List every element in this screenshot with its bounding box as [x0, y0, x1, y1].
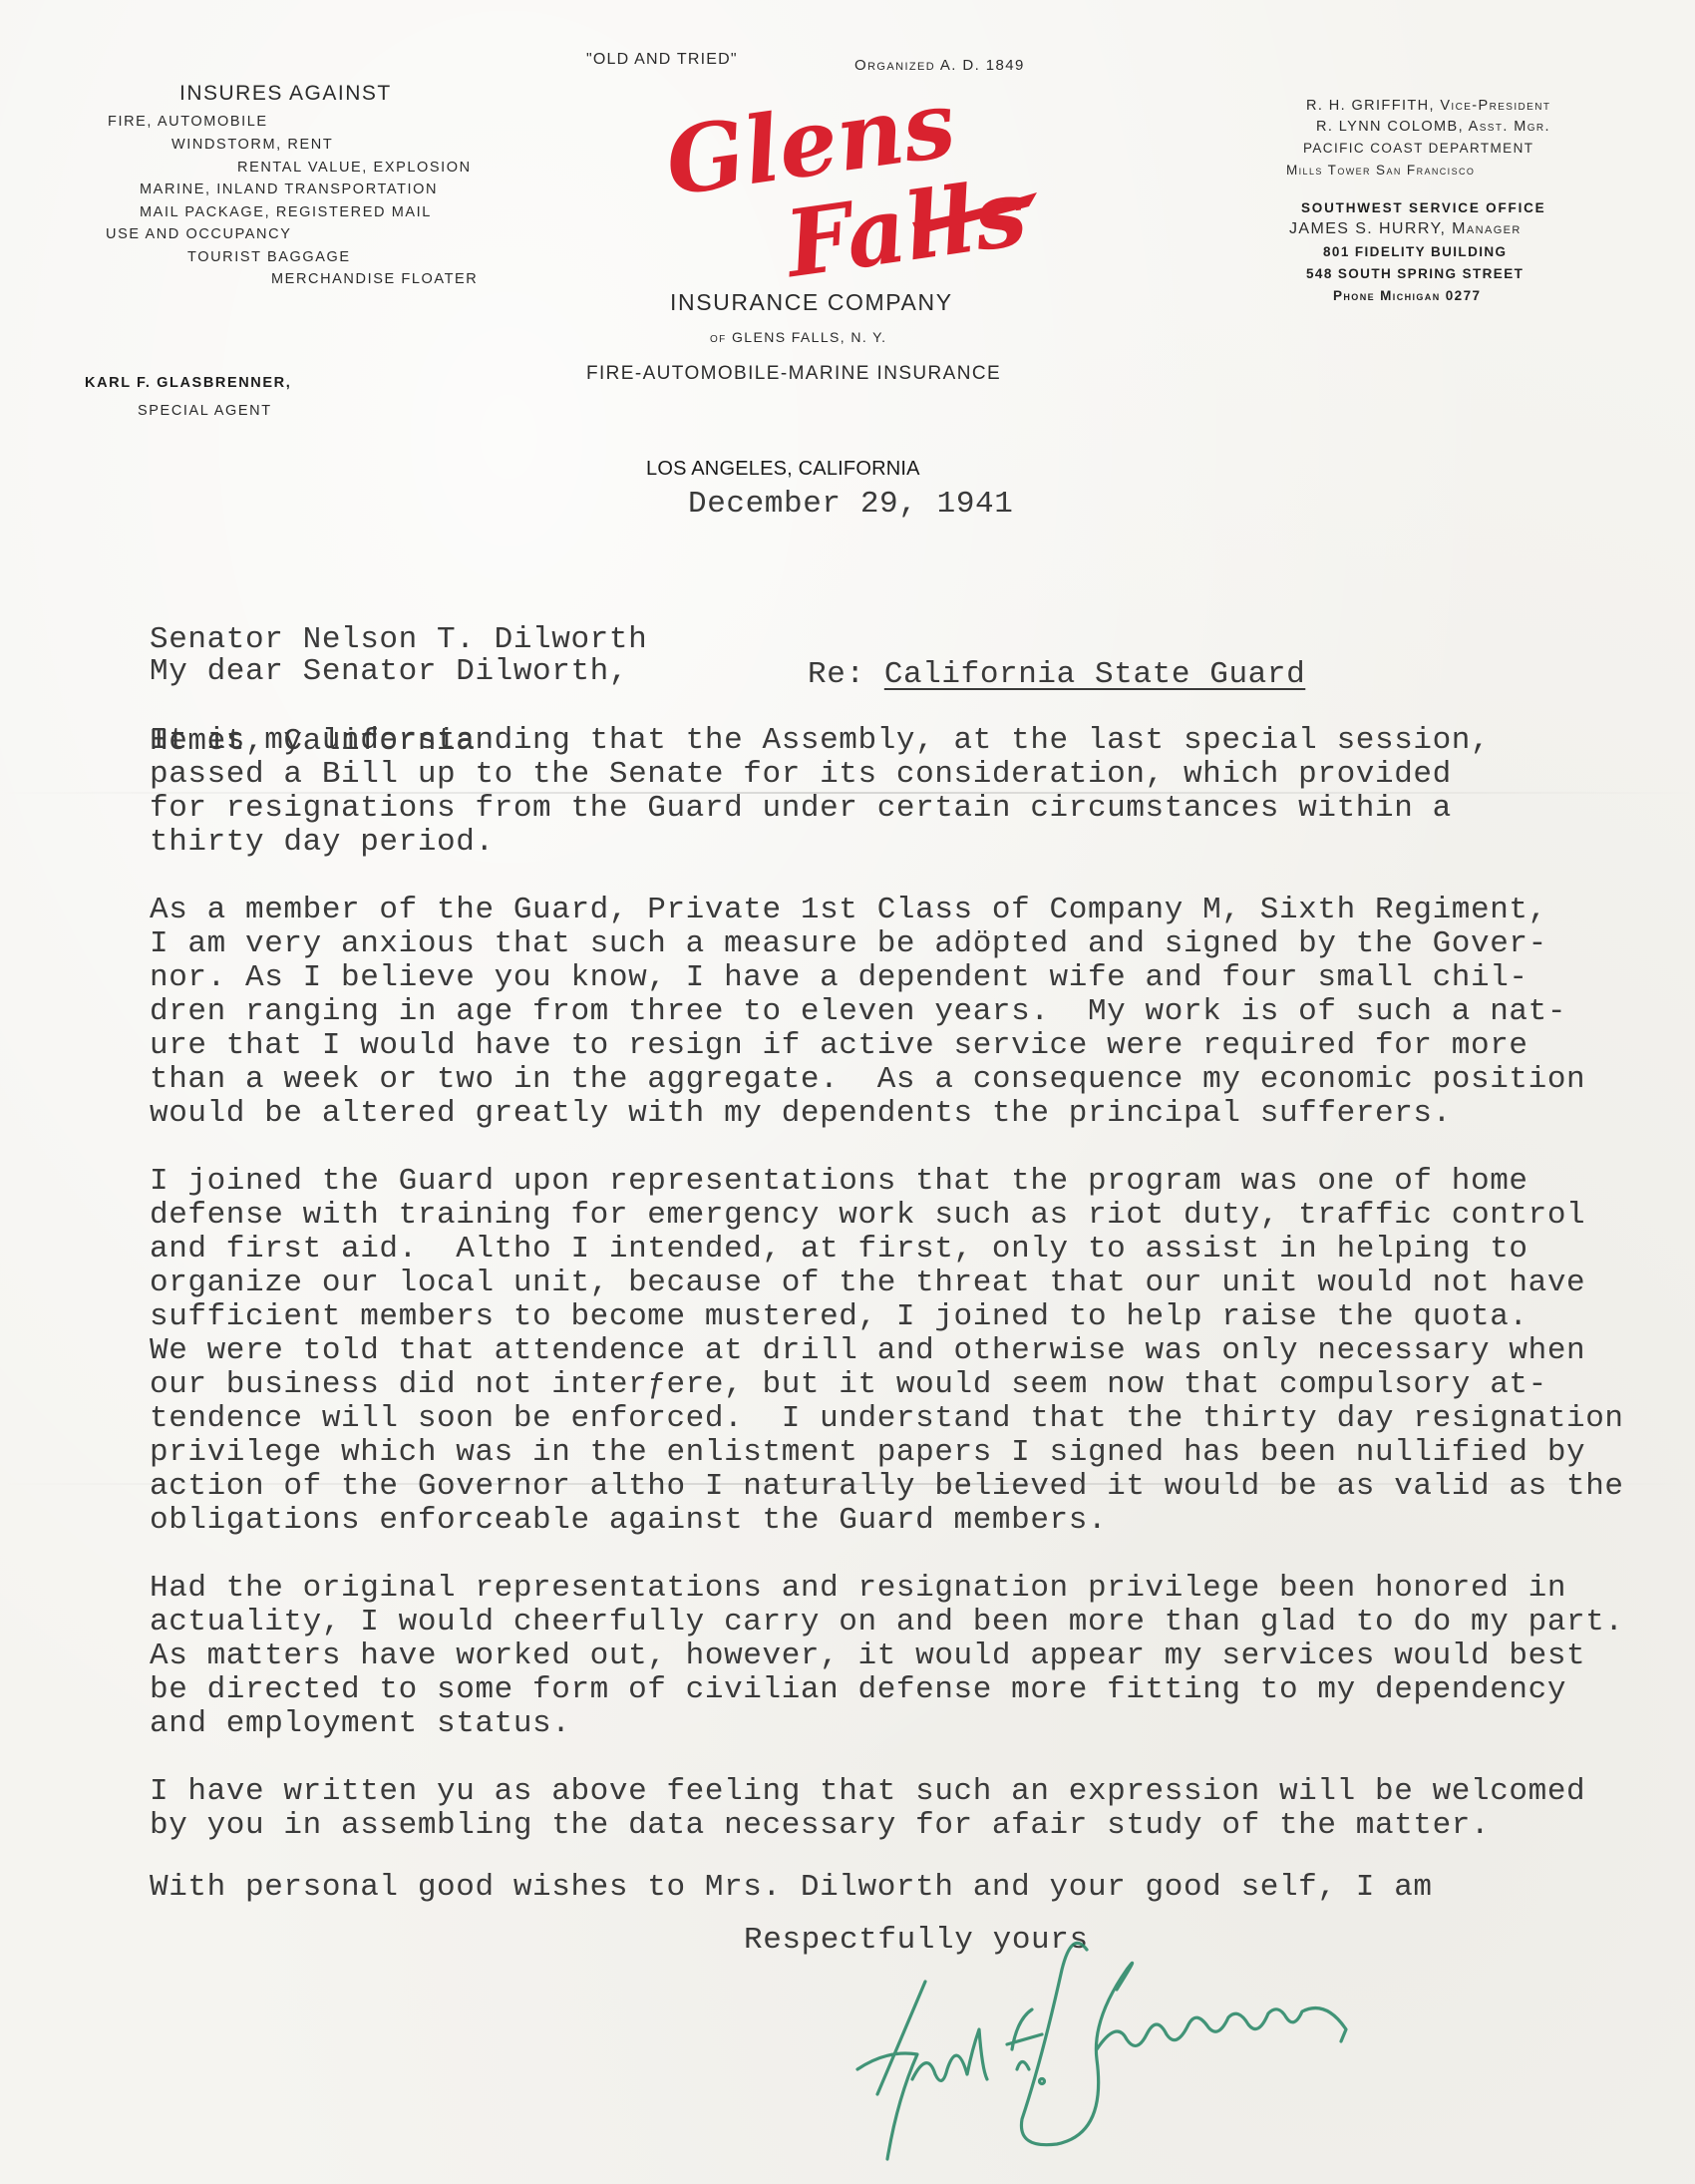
letterhead-city: LOS ANGELES, CALIFORNIA	[646, 458, 920, 481]
southwest-office-manager: JAMES S. HURRY, Manager	[1289, 220, 1522, 238]
company-location: of GLENS FALLS, N. Y.	[710, 329, 886, 345]
agent-title: SPECIAL AGENT	[138, 403, 272, 419]
subject-label: Re:	[808, 657, 884, 692]
subject-line: Re: California State Guard	[808, 658, 1305, 692]
coverage-item: MARINE, INLAND TRANSPORTATION	[140, 182, 438, 197]
agent-name: KARL F. GLASBRENNER,	[85, 375, 291, 391]
southwest-office-address1: 801 FIDELITY BUILDING	[1323, 244, 1507, 259]
coverage-item: TOURIST BAGGAGE	[187, 249, 351, 265]
department-address: Mills Tower San Francisco	[1286, 163, 1475, 178]
body-paragraph: As a member of the Guard, Private 1st Cl…	[150, 894, 1695, 1131]
coverage-item: FIRE, AUTOMOBILE	[108, 114, 268, 130]
insures-against-title: INSURES AGAINST	[179, 82, 392, 106]
salutation: My dear Senator Dilworth,	[150, 655, 628, 689]
body-paragraph: It is my understanding that the Assembly…	[150, 724, 1695, 860]
coverage-item: MERCHANDISE FLOATER	[271, 271, 478, 287]
letter-body: It is my understanding that the Assembly…	[150, 724, 1695, 1939]
recipient-name: Senator Nelson T. Dilworth	[150, 623, 647, 657]
southwest-office-address2: 548 SOUTH SPRING STREET	[1306, 266, 1524, 281]
coverage-item: MAIL PACKAGE, REGISTERED MAIL	[140, 204, 432, 220]
company-motto: "OLD AND TRIED"	[586, 51, 738, 69]
body-paragraph: With personal good wishes to Mrs. Dilwor…	[150, 1871, 1695, 1905]
coverage-item: WINDSTORM, RENT	[171, 137, 333, 153]
body-paragraph: I have written yu as above feeling that …	[150, 1775, 1695, 1843]
coverage-item: RENTAL VALUE, EXPLOSION	[237, 160, 472, 176]
officer-line: R. H. GRIFFITH, Vice-President	[1306, 98, 1550, 114]
company-name: INSURANCE COMPANY	[670, 289, 953, 316]
body-paragraph: Had the original representations and res…	[150, 1572, 1695, 1741]
subject-text: California State Guard	[884, 657, 1305, 692]
glens-falls-logo: Glens Falls	[638, 105, 1057, 294]
southwest-office-heading: SOUTHWEST SERVICE OFFICE	[1301, 200, 1545, 215]
officer-line: R. LYNN COLOMB, Asst. Mgr.	[1316, 119, 1550, 135]
department-line: PACIFIC COAST DEPARTMENT	[1303, 141, 1533, 156]
coverage-item: USE AND OCCUPANCY	[106, 226, 291, 242]
company-lines-of-insurance: FIRE-AUTOMOBILE-MARINE INSURANCE	[586, 363, 1001, 385]
letter-date: December 29, 1941	[688, 488, 1013, 522]
southwest-office-phone: Phone Michigan 0277	[1333, 288, 1481, 303]
organized-date: Organized A. D. 1849	[854, 57, 1025, 74]
body-paragraph: I joined the Guard upon representations …	[150, 1165, 1695, 1538]
handwritten-signature: Karl F. Glasbrenner	[818, 1930, 1356, 2184]
